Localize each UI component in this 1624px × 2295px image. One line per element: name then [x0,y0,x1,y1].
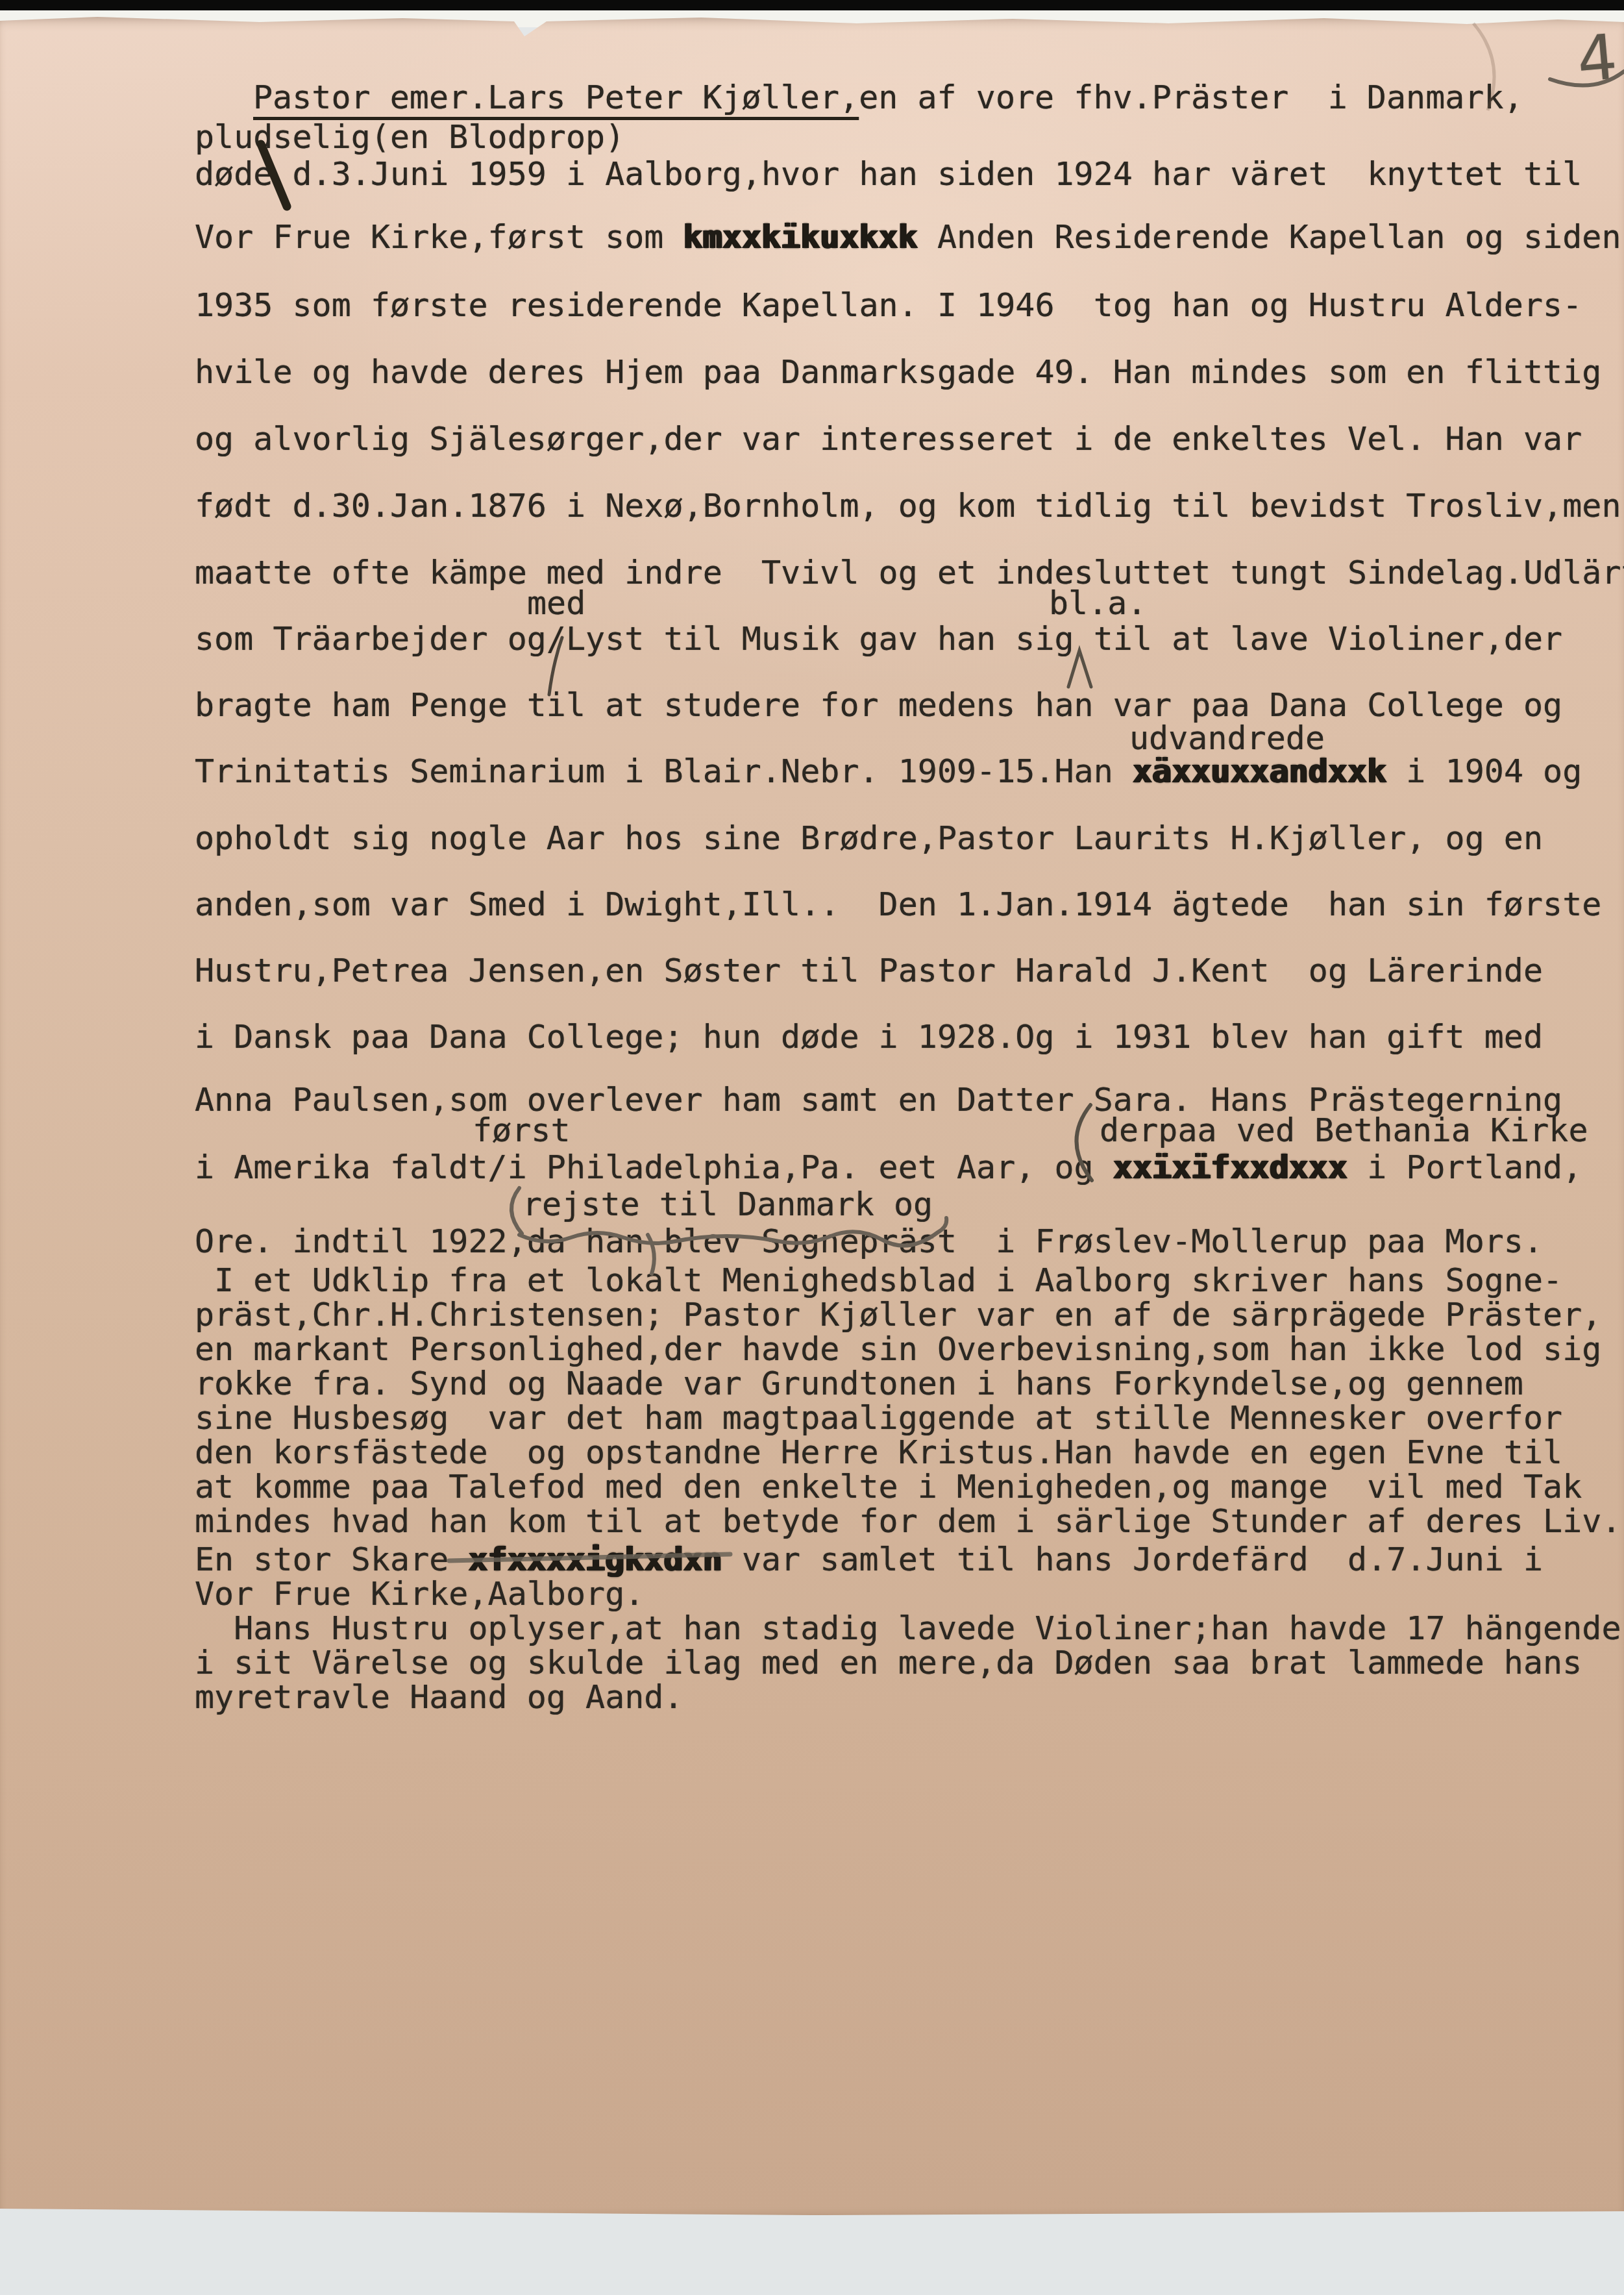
typed-line: Trinitatis Seminarium i Blair.Nebr. 1909… [195,752,1582,791]
typed-text-layer: Pastor emer.Lars Peter Kjøller,en af vor… [0,0,1624,2295]
typed-line: rokke fra. Synd og Naade var Grundtonen … [195,1364,1523,1403]
typed-line: I et Udklip fra et lokalt Menighedsblad … [195,1261,1562,1300]
title-rest: en af vore fhv.Präster i Danmark, [859,79,1523,116]
line-post: Anden Residerende Kapellan og siden [918,218,1621,256]
insertion-rejste: rejste til Danmark og [523,1185,933,1223]
line-post: i Portland, [1347,1148,1582,1186]
line-post: var samlet til hans Jordefärd d.7.Juni i [722,1541,1543,1578]
typed-line: bragte ham Penge til at studere for mede… [195,686,1562,725]
typed-line: og alvorlig Själesørger,der var interess… [195,419,1582,458]
typed-line: Vor Frue Kirke,Aalborg. [195,1574,644,1613]
line-pre: En stor Skare [195,1541,468,1578]
scanned-document-page: { "colors": { "paper": "#dcbfa8", "ink":… [0,0,1624,2295]
typed-line: anden,som var Smed i Dwight,Ill.. Den 1.… [195,885,1601,924]
document-title-line: Pastor emer.Lars Peter Kjøller,en af vor… [253,78,1523,117]
insertion-blodprop: pludselig(en Blodprop) [195,118,624,156]
line-pre: i Amerika faldt/i Philadelphia,Pa. eet A… [195,1148,1113,1186]
typed-line: sine Husbesøg var det ham magtpaaliggend… [195,1398,1562,1437]
typed-line: hvile og havde deres Hjem paa Danmarksga… [195,353,1601,391]
typed-line: at komme paa Talefod med den enkelte i M… [195,1467,1582,1506]
typed-line: präst,Chr.H.Christensen; Pastor Kjøller … [195,1295,1601,1334]
typed-line: en markant Personlighed,der havde sin Ov… [195,1330,1601,1369]
pencil-page-number: 4 [1574,21,1620,97]
line-pre: Trinitatis Seminarium i Blair.Nebr. 1909… [195,752,1133,790]
typed-line: Vor Frue Kirke,først som kmxxkïkuxkxk An… [195,217,1621,256]
typed-line: i sit Värelse og skulde ilag med en mere… [195,1643,1582,1682]
typed-line: mindes hvad han kom til at betyde for de… [195,1502,1621,1541]
typed-strikeout: kmxxkïkuxkxk [683,218,918,256]
typed-line: En stor Skare xfxxxxigkxdxn var samlet t… [195,1540,1543,1579]
typed-line: i Amerika faldt/i Philadelphia,Pa. eet A… [195,1148,1582,1187]
typed-line: maatte ofte kämpe med indre Tvivl og et … [195,553,1624,592]
typed-line: som Träarbejder og/Lyst til Musik gav ha… [195,619,1562,658]
typed-line: opholdt sig nogle Aar hos sine Brødre,Pa… [195,819,1543,858]
typed-strikeout: xxïxïfxxdxxx [1113,1148,1347,1186]
line-pre: Vor Frue Kirke,først som [195,218,683,256]
typed-strikeout: xfxxxxigkxdxn [468,1541,722,1578]
typed-line: Ore. indtil 1922,da han blev Sognepräst … [195,1222,1543,1261]
typed-line: den korsfästede og opstandne Herre Krist… [195,1433,1562,1472]
typed-line: født d.30.Jan.1876 i Nexø,Bornholm, og k… [195,486,1621,525]
typed-line: myretravle Haand og Aand. [195,1678,683,1717]
typed-line: Anna Paulsen,som overlever ham samt en D… [195,1080,1562,1119]
typed-line: Hustru,Petrea Jensen,en Søster til Pasto… [195,951,1543,990]
typed-strikeout: xäxxuxxandxxk [1133,752,1386,790]
typed-line: 1935 som første residerende Kapellan. I … [195,286,1582,325]
title-underlined: Pastor emer.Lars Peter Kjøller, [253,79,859,116]
typed-line: døde d.3.Juni 1959 i Aalborg,hvor han si… [195,155,1582,193]
typed-line: i Dansk paa Dana College; hun døde i 192… [195,1017,1543,1056]
typed-line: Hans Hustru oplyser,at han stadig lavede… [195,1609,1621,1648]
line-post: i 1904 og [1386,752,1582,790]
